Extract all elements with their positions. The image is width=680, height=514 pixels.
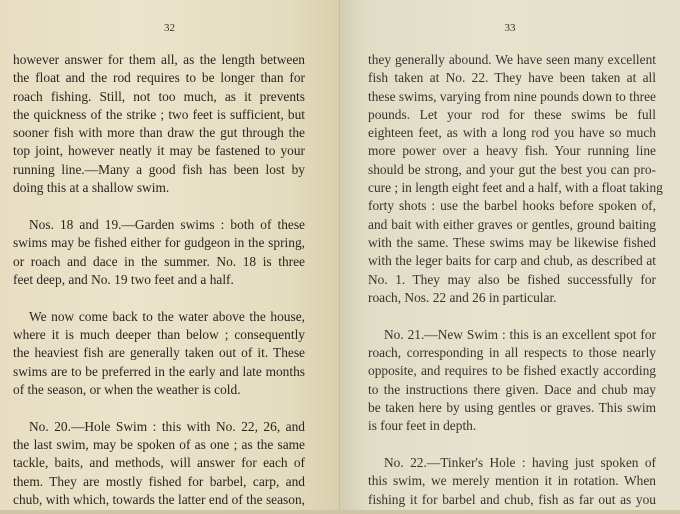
text-line: forty shots : use the barbel hooks befor… xyxy=(368,197,656,215)
paragraph-heading-line: Nos. 18 and 19.—Garden swims : both of t… xyxy=(13,216,305,234)
right-page-text: they generally abound. We have seen many… xyxy=(368,51,656,509)
paragraph-gap xyxy=(368,307,656,326)
text-line: be taken here by using gentles or graves… xyxy=(368,399,656,417)
text-line: or roach and dace in the summer. No. 18 … xyxy=(13,253,305,271)
text-line: the heaviest fish are generally taken ou… xyxy=(13,344,305,362)
text-line: however answer for them all, as the leng… xyxy=(13,51,305,69)
text-line: is four feet in depth. xyxy=(368,417,656,435)
text-line: the quickness of the strike ; two feet i… xyxy=(13,106,305,124)
text-line: should be strong, and your gut the best … xyxy=(368,161,656,179)
paragraph-heading-line: No. 21.—New Swim : this is an excellent … xyxy=(368,326,656,344)
text-line: pounds. Let your rod for these swims be … xyxy=(368,106,656,124)
text-line: fishing it for barbel and chub, fish as … xyxy=(368,491,656,509)
text-line: them. They are mostly fished for barbel,… xyxy=(13,473,305,491)
text-line: of the season, or when the weather is co… xyxy=(13,381,305,399)
book-spread: 32 however answer for them all, as the l… xyxy=(0,0,680,514)
text-line: with the leger baits for carp and chub, … xyxy=(368,252,656,270)
text-line: doing this at a shallow swim. xyxy=(13,179,305,197)
text-line: roach fishing. Still, not too much, as i… xyxy=(13,88,305,106)
text-line: the float and the rod requires to be lon… xyxy=(13,69,305,87)
paragraph-gap xyxy=(368,436,656,455)
paragraph-gap xyxy=(13,197,305,216)
text-line: feet deep, and No. 19 two feet and a hal… xyxy=(13,271,305,289)
text-line: and bait with either graves or gentles, … xyxy=(368,216,656,234)
text-line: where it is much deeper than below ; con… xyxy=(13,326,305,344)
text-line: these swims, varying from nine pounds do… xyxy=(368,88,656,106)
text-line: tackle, baits, and methods, will answer … xyxy=(13,454,305,472)
paragraph-gap xyxy=(13,399,305,418)
page-number-right: 33 xyxy=(340,22,680,34)
text-line: this swim, we merely mention it in rotat… xyxy=(368,472,656,490)
text-line: We now come back to the water above the … xyxy=(13,308,305,326)
text-line: top joint, however neatly it may be fast… xyxy=(13,142,305,160)
text-line: more power over a heavy fish. Your runni… xyxy=(368,142,656,160)
text-line: they generally abound. We have seen many… xyxy=(368,51,656,69)
text-line: running line.—Many a good fish has been … xyxy=(13,161,305,179)
left-page-text: however answer for them all, as the leng… xyxy=(13,51,305,509)
text-line: roach, Nos. 22 and 26 in particular. xyxy=(368,289,656,307)
right-page: 33 they generally abound. We have seen m… xyxy=(340,0,680,514)
text-line: eighteen feet, as with a long rod you ha… xyxy=(368,124,656,142)
paragraph-gap xyxy=(13,289,305,308)
text-line: No. 1. They may also be fished successfu… xyxy=(368,271,656,289)
left-page: 32 however answer for them all, as the l… xyxy=(0,0,340,514)
paragraph-heading-line: No. 20.—Hole Swim : this with No. 22, 26… xyxy=(13,418,305,436)
paragraph-heading-line: No. 22.—Tinker's Hole : having just spok… xyxy=(368,454,656,472)
text-line: cure ; in length eight feet and a half, … xyxy=(368,179,656,197)
text-line: swims may be fished either for gudgeon i… xyxy=(13,234,305,252)
text-line: with the same. These swims may be likewi… xyxy=(368,234,656,252)
text-line: opposite, and requires to be fished exac… xyxy=(368,362,656,380)
text-line: fish taken at No. 22. They have been tak… xyxy=(368,69,656,87)
text-line: roach, corresponding in all respects to … xyxy=(368,344,656,362)
page-number-left: 32 xyxy=(0,22,339,34)
text-line: sooner fish with more than draw the gut … xyxy=(13,124,305,142)
page-bottom-edge xyxy=(0,510,680,514)
text-line: chub, with which, towards the latter end… xyxy=(13,491,305,509)
text-line: to the instructions there given. Dace an… xyxy=(368,381,656,399)
text-line: the last swim, may be spoken of as one ;… xyxy=(13,436,305,454)
text-line: swims are to be preferred in the early a… xyxy=(13,363,305,381)
